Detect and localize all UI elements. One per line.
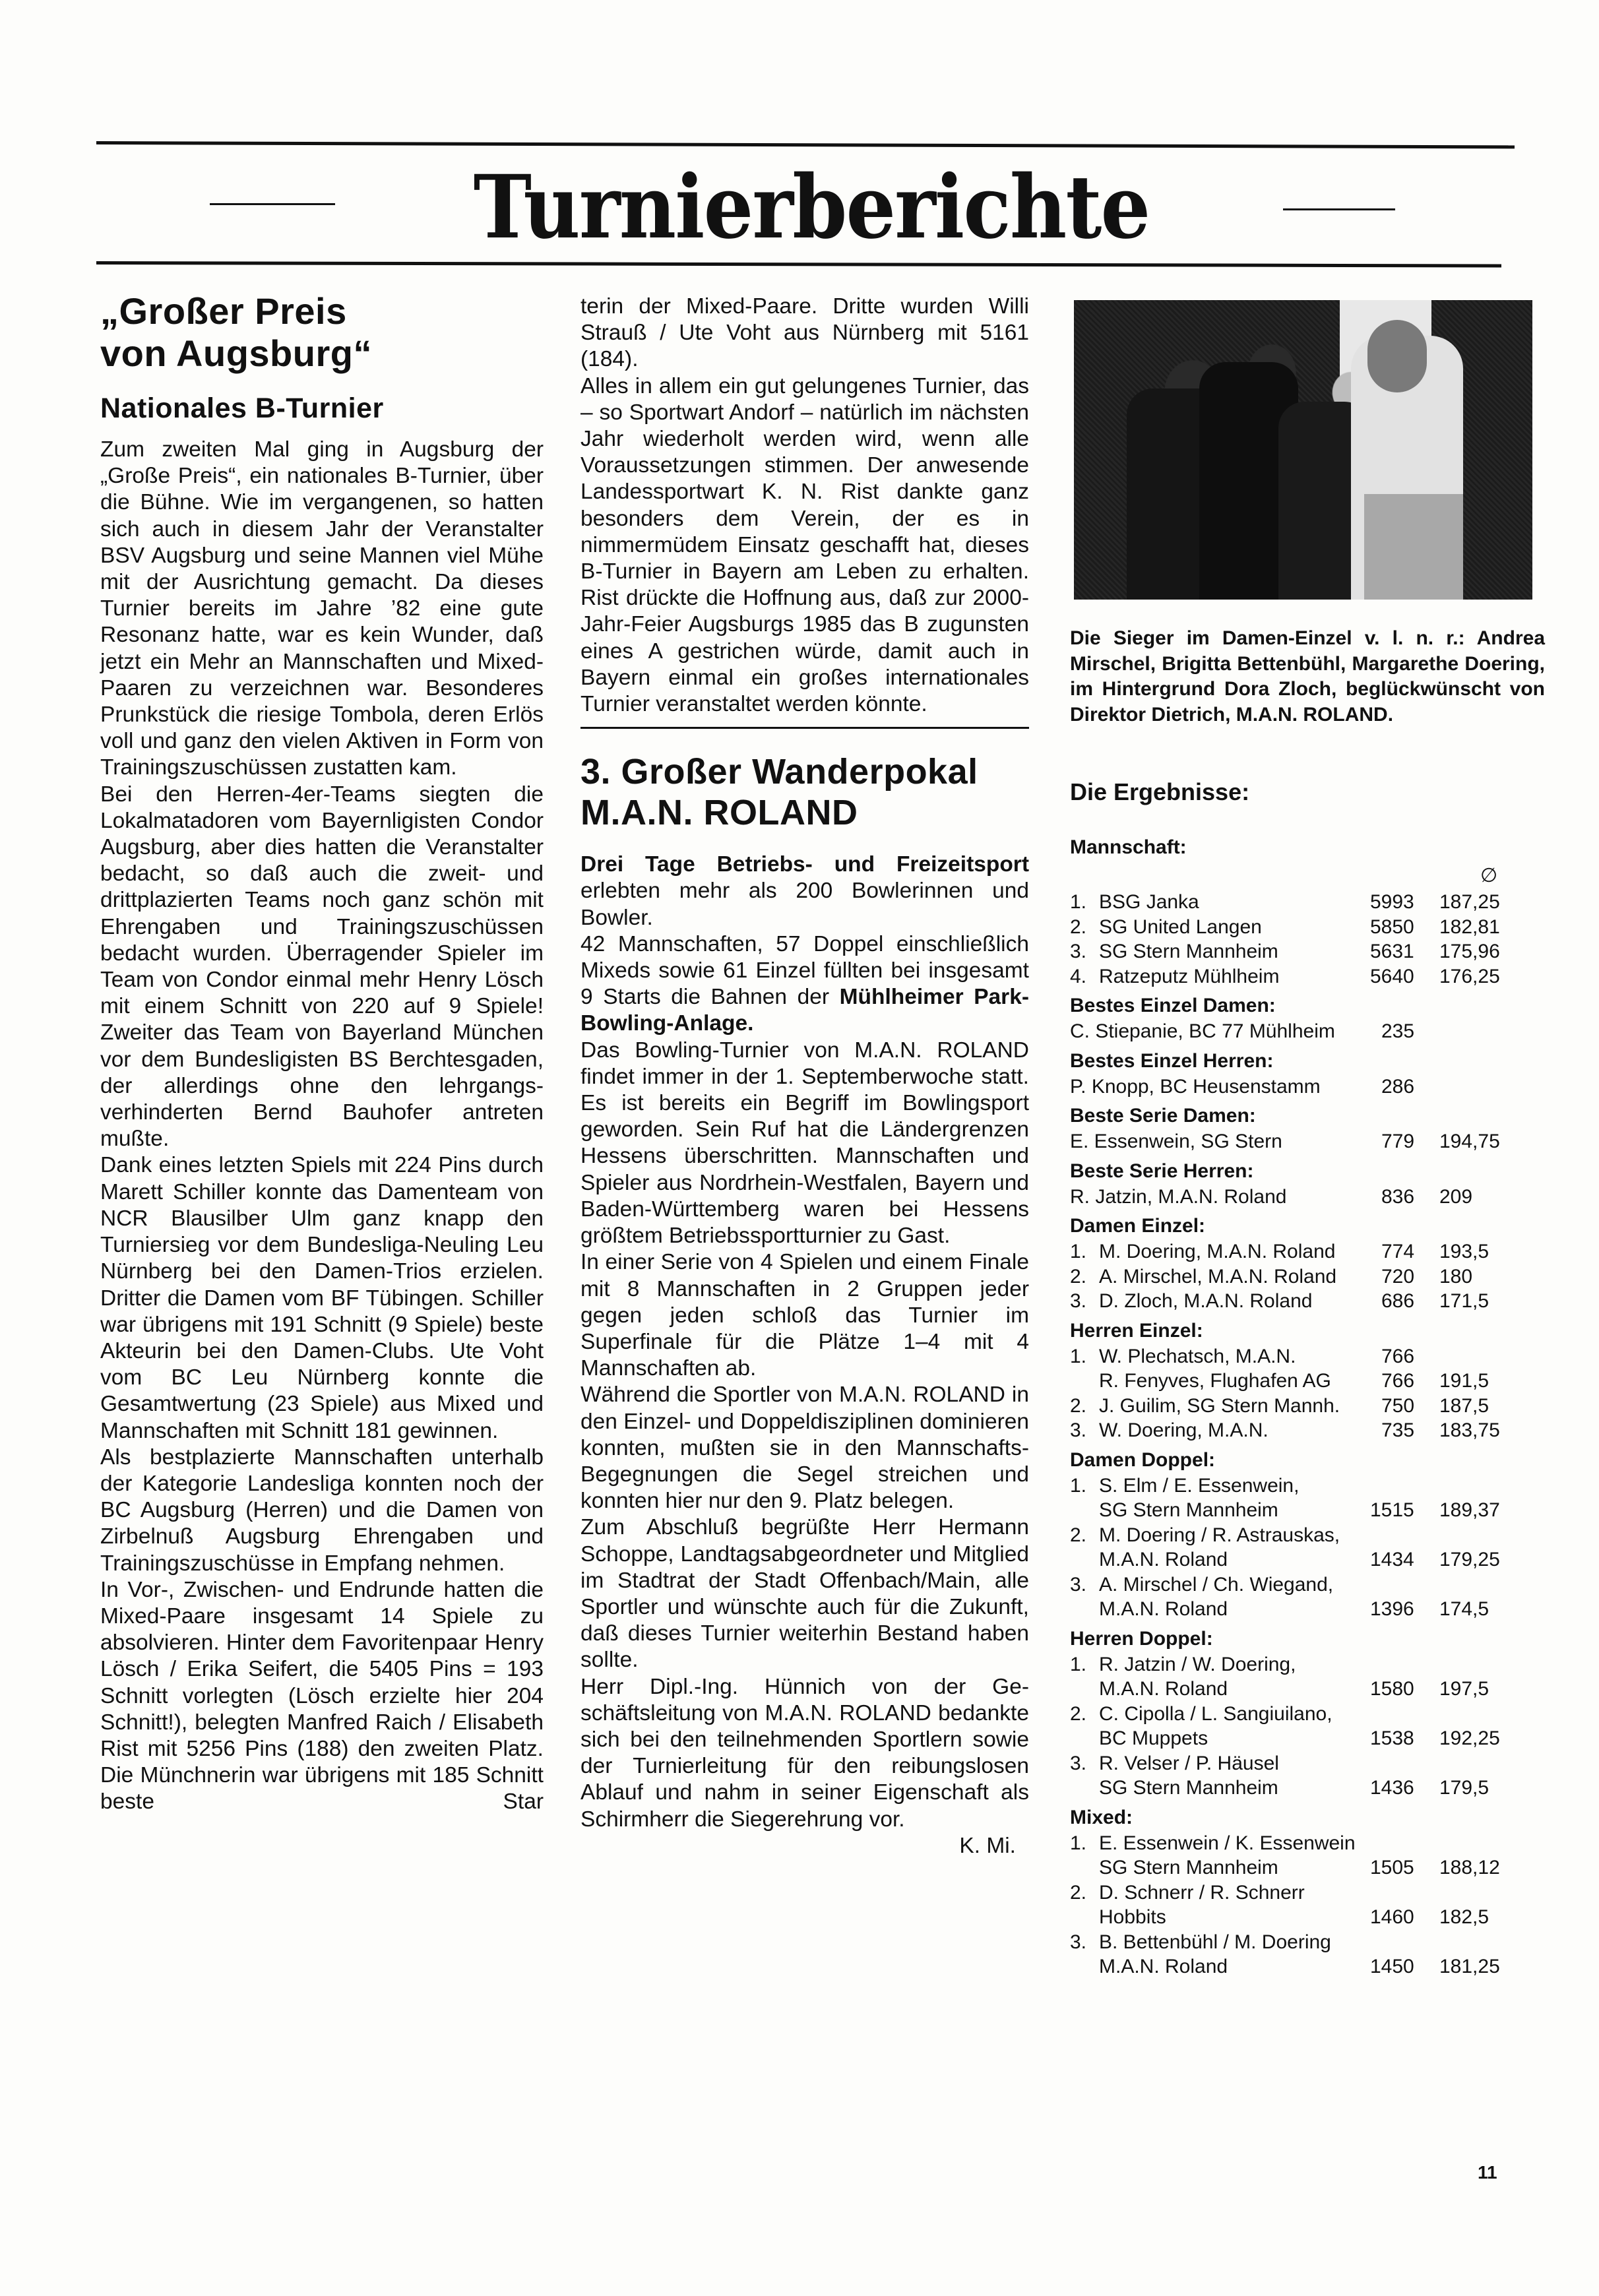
rank: 2. xyxy=(1070,915,1086,940)
pins: 5631 xyxy=(1370,939,1414,964)
pair-names: B. Bettenbühl / M. Doering xyxy=(1099,1930,1331,1955)
player-name: M. Doering, M.A.N. Roland xyxy=(1099,1239,1335,1264)
rank: 3. xyxy=(1070,1418,1086,1443)
paragraph: 42 Mannschaften, 57 Doppel einschließ­li… xyxy=(580,931,1029,1038)
average-symbol: ∅ xyxy=(1480,865,1497,887)
masthead-right-dash xyxy=(1283,208,1395,210)
club-name: SG Stern Mannheim xyxy=(1099,1776,1278,1801)
results-section-label: Herren Doppel: xyxy=(1070,1626,1545,1652)
rank: 2. xyxy=(1070,1523,1086,1548)
average: 188,12 xyxy=(1439,1855,1500,1880)
average-column-header: ∅ xyxy=(1070,865,1545,890)
pins: 750 xyxy=(1381,1394,1414,1419)
result-row: 1.W. Plechatsch, M.A.N.766 xyxy=(1070,1344,1545,1369)
pins: 686 xyxy=(1381,1289,1414,1314)
pins: 1434 xyxy=(1370,1547,1414,1572)
paragraph: In einer Serie von 4 Spielen und einem F… xyxy=(580,1249,1029,1382)
pins: 1460 xyxy=(1370,1905,1414,1930)
rank: 4. xyxy=(1070,964,1086,989)
paragraph: Zum zweiten Mal ging in Augsburg der „Gr… xyxy=(100,437,544,782)
pins: 5640 xyxy=(1370,964,1414,989)
average: 183,75 xyxy=(1439,1418,1500,1443)
pair-names: R. Jatzin / W. Doering, xyxy=(1099,1652,1296,1677)
club-name: M.A.N. Roland xyxy=(1099,1677,1228,1702)
pins: 766 xyxy=(1381,1369,1414,1394)
pins: 1505 xyxy=(1370,1855,1414,1880)
rank: 2. xyxy=(1070,1880,1086,1906)
pins: 1580 xyxy=(1370,1677,1414,1702)
player-name: E. Essenwein, SG Stern xyxy=(1070,1129,1282,1154)
column-2: terin der Mixed-Paare. Dritte wurden Wil… xyxy=(580,294,1029,1859)
photo-figure xyxy=(1364,494,1463,600)
result-row-club: SG Stern Mannheim1436179,5 xyxy=(1070,1776,1545,1801)
results-section-label: Bestes Einzel Herren: xyxy=(1070,1048,1545,1074)
rank: 3. xyxy=(1070,1751,1086,1776)
magazine-page: Turnierberichte „Großer Preis von Augsbu… xyxy=(0,0,1599,2296)
player-name: C. Stiepanie, BC 77 Mühlheim xyxy=(1070,1019,1335,1044)
average: 193,5 xyxy=(1439,1239,1489,1264)
result-row: R. Jatzin, M.A.N. Roland836209 xyxy=(1070,1185,1545,1210)
pair-names: C. Cipolla / L. Sangiuilano, xyxy=(1099,1702,1332,1727)
results-heading: Die Ergebnisse: xyxy=(1070,778,1545,807)
rank: 3. xyxy=(1070,1930,1086,1955)
average: 182,5 xyxy=(1439,1905,1489,1930)
pair-names: R. Velser / P. Häusel xyxy=(1099,1751,1279,1776)
result-row: E. Essenwein, SG Stern779194,75 xyxy=(1070,1129,1545,1154)
result-row: 3.D. Zloch, M.A.N. Roland686171,5 xyxy=(1070,1289,1545,1314)
average: 192,25 xyxy=(1439,1726,1500,1751)
pins: 735 xyxy=(1381,1418,1414,1443)
club-name: M.A.N. Roland xyxy=(1099,1547,1228,1572)
result-row: 4.Ratzeputz Mühlheim5640176,25 xyxy=(1070,964,1545,989)
result-row-club: SG Stern Mannheim1505188,12 xyxy=(1070,1855,1545,1880)
club-name: SG Stern Mannheim xyxy=(1099,1855,1278,1880)
article-1-headline: „Großer Preis von Augsburg“ xyxy=(100,290,544,375)
average: 176,25 xyxy=(1439,964,1500,989)
paragraph: Dank eines letzten Spiels mit 224 Pins d… xyxy=(100,1152,544,1444)
pair-names: M. Doering / R. Astrauskas, xyxy=(1099,1523,1340,1548)
rank: 1. xyxy=(1070,890,1086,915)
result-row: 2.A. Mirschel, M.A.N. Roland720180 xyxy=(1070,1264,1545,1289)
player-name: A. Mirschel, M.A.N. Roland xyxy=(1099,1264,1336,1289)
result-row: 3.SG Stern Mannheim5631175,96 xyxy=(1070,939,1545,964)
article-separator xyxy=(580,727,1029,729)
paragraph: Während die Sportler von M.A.N. RO­LAND … xyxy=(580,1382,1029,1514)
rank: 3. xyxy=(1070,939,1086,964)
result-row: 3.W. Doering, M.A.N.735183,75 xyxy=(1070,1418,1545,1443)
player-name: W. Doering, M.A.N. xyxy=(1099,1418,1269,1443)
player-name: P. Knopp, BC Heusenstamm xyxy=(1070,1074,1321,1100)
player-name: R. Fenyves, Flughafen AG xyxy=(1099,1369,1331,1394)
pins: 836 xyxy=(1381,1185,1414,1210)
result-row: 2.M. Doering / R. Astrauskas, xyxy=(1070,1523,1545,1548)
club-name: Hobbits xyxy=(1099,1905,1166,1930)
paragraph: Als bestplazierte Mannschaften unter­hal… xyxy=(100,1444,544,1577)
average: 194,75 xyxy=(1439,1129,1500,1154)
pins: 1515 xyxy=(1370,1498,1414,1523)
pins: 1396 xyxy=(1370,1597,1414,1622)
pins: 766 xyxy=(1381,1344,1414,1369)
team-name: SG United Langen xyxy=(1099,915,1262,940)
average: 182,81 xyxy=(1439,915,1500,940)
team-name: SG Stern Mannheim xyxy=(1099,939,1278,964)
result-row: P. Knopp, BC Heusenstamm286 xyxy=(1070,1074,1545,1100)
rank: 3. xyxy=(1070,1289,1086,1314)
section-title: Turnierberichte xyxy=(437,158,1185,257)
headline-line-1: „Großer Preis xyxy=(100,290,544,332)
pins: 235 xyxy=(1381,1019,1414,1044)
results-list: Mannschaft: ∅ 1.BSG Janka5993187,25 2.SG… xyxy=(1070,834,1545,1979)
player-name: R. Jatzin, M.A.N. Roland xyxy=(1070,1185,1286,1210)
team-name: Ratzeputz Mühlheim xyxy=(1099,964,1279,989)
average: 180 xyxy=(1439,1264,1472,1289)
results-section-label: Mixed: xyxy=(1070,1805,1545,1831)
player-name: J. Guilim, SG Stern Mannh. xyxy=(1099,1394,1340,1419)
result-row: 2.J. Guilim, SG Stern Mannh.750187,5 xyxy=(1070,1394,1545,1419)
team-name: BSG Janka xyxy=(1099,890,1199,915)
paragraph: In Vor-, Zwischen- und Endrunde hatten d… xyxy=(100,1577,544,1816)
result-row: 3.B. Bettenbühl / M. Doering xyxy=(1070,1930,1545,1955)
article-1-body-col2: terin der Mixed-Paare. Dritte wurden Wil… xyxy=(580,294,1029,718)
rank: 3. xyxy=(1070,1572,1086,1598)
column-3: Die Sieger im Damen-Einzel v. l. n. r.: … xyxy=(1070,300,1545,1979)
club-name: M.A.N. Roland xyxy=(1099,1597,1228,1622)
results-section-label: Bestes Einzel Damen: xyxy=(1070,993,1545,1019)
rank: 2. xyxy=(1070,1702,1086,1727)
pins: 1436 xyxy=(1370,1776,1414,1801)
article-2-headline: 3. Großer Wanderpokal M.A.N. ROLAND xyxy=(580,751,1029,833)
paragraph: terin der Mixed-Paare. Dritte wurden Wil… xyxy=(580,294,1029,373)
photo-figure xyxy=(1367,320,1427,392)
paragraph: Das Bowling-Turnier von M.A.N. RO­LAND f… xyxy=(580,1038,1029,1250)
result-row: 1.S. Elm / E. Essenwein, xyxy=(1070,1474,1545,1499)
rank: 2. xyxy=(1070,1264,1086,1289)
pair-names: A. Mirschel / Ch. Wiegand, xyxy=(1099,1572,1333,1598)
results-section-label: Beste Serie Herren: xyxy=(1070,1158,1545,1185)
result-row: 1.BSG Janka5993187,25 xyxy=(1070,890,1545,915)
result-row: 3.A. Mirschel / Ch. Wiegand, xyxy=(1070,1572,1545,1598)
result-row: 2.SG United Langen5850182,81 xyxy=(1070,915,1545,940)
paragraph: Bei den Herren-4er-Teams siegten die Lok… xyxy=(100,782,544,1153)
pins: 5850 xyxy=(1370,915,1414,940)
player-name: W. Plechatsch, M.A.N. xyxy=(1099,1344,1296,1369)
rank: 1. xyxy=(1070,1474,1086,1499)
headline-line-2: von Augsburg“ xyxy=(100,332,544,375)
result-row: 3.R. Velser / P. Häusel xyxy=(1070,1751,1545,1776)
average: 181,25 xyxy=(1439,1954,1500,1979)
average: 171,5 xyxy=(1439,1289,1489,1314)
result-row-club: M.A.N. Roland1396174,5 xyxy=(1070,1597,1545,1622)
rank: 1. xyxy=(1070,1344,1086,1369)
pins: 779 xyxy=(1381,1129,1414,1154)
masthead-bottom-rule xyxy=(96,261,1501,267)
result-row: R. Fenyves, Flughafen AG766191,5 xyxy=(1070,1369,1545,1394)
result-row: 1.E. Essenwein / K. Essenwein xyxy=(1070,1831,1545,1856)
average: 191,5 xyxy=(1439,1369,1489,1394)
headline-line-1: 3. Großer Wanderpokal xyxy=(580,751,1029,792)
headline-line-2: M.A.N. ROLAND xyxy=(580,792,1029,833)
pair-names: E. Essenwein / K. Essenwein xyxy=(1099,1831,1356,1856)
pins: 1538 xyxy=(1370,1726,1414,1751)
rank: 1. xyxy=(1070,1831,1086,1856)
article-2-body: Drei Tage Betriebs- und Freizeitsport er… xyxy=(580,852,1029,1833)
rank: 1. xyxy=(1070,1239,1086,1264)
average: 179,5 xyxy=(1439,1776,1489,1801)
result-row: 2.C. Cipolla / L. Sangiuilano, xyxy=(1070,1702,1545,1727)
lead-rest: erlebten mehr als 200 Bowlerinnen und Bo… xyxy=(580,879,1029,929)
pins: 720 xyxy=(1381,1264,1414,1289)
average: 197,5 xyxy=(1439,1677,1489,1702)
result-row: 1.R. Jatzin / W. Doering, xyxy=(1070,1652,1545,1677)
column-1: „Großer Preis von Augsburg“ Nationales B… xyxy=(100,290,544,1816)
average: 187,25 xyxy=(1439,890,1500,915)
pins: 5993 xyxy=(1370,890,1414,915)
masthead-top-rule xyxy=(96,141,1515,148)
result-row-club: M.A.N. Roland1580197,5 xyxy=(1070,1677,1545,1702)
results-section-label: Herren Einzel: xyxy=(1070,1318,1545,1344)
paragraph: Alles in allem ein gut gelungenes Tur­ni… xyxy=(580,373,1029,718)
result-row: 2.D. Schnerr / R. Schnerr xyxy=(1070,1880,1545,1906)
result-row-club: M.A.N. Roland1450181,25 xyxy=(1070,1954,1545,1979)
rank: 2. xyxy=(1070,1394,1086,1419)
paragraph: Zum Abschluß begrüßte Herr Hermann Schop… xyxy=(580,1514,1029,1673)
average: 189,37 xyxy=(1439,1498,1500,1523)
club-name: BC Muppets xyxy=(1099,1726,1208,1751)
result-row-club: Hobbits1460182,5 xyxy=(1070,1905,1545,1930)
average: 179,25 xyxy=(1439,1547,1500,1572)
club-name: SG Stern Mannheim xyxy=(1099,1498,1278,1523)
result-row-club: BC Muppets1538192,25 xyxy=(1070,1726,1545,1751)
average: 175,96 xyxy=(1439,939,1500,964)
pins: 1450 xyxy=(1370,1954,1414,1979)
pins: 774 xyxy=(1381,1239,1414,1264)
paragraph: Herr Dipl.-Ing. Hünnich von der Ge­schäf… xyxy=(580,1674,1029,1833)
results-section-label: Damen Einzel: xyxy=(1070,1213,1545,1239)
results-section-label: Mannschaft: xyxy=(1070,834,1545,861)
result-row-club: M.A.N. Roland1434179,25 xyxy=(1070,1547,1545,1572)
rank: 1. xyxy=(1070,1652,1086,1677)
article-1-body-col1: Zum zweiten Mal ging in Augsburg der „Gr… xyxy=(100,437,544,1816)
lead-paragraph: Drei Tage Betriebs- und Freizeitsport er… xyxy=(580,852,1029,931)
page-number: 11 xyxy=(1478,2162,1497,2183)
club-name: M.A.N. Roland xyxy=(1099,1954,1228,1979)
masthead-left-dash xyxy=(210,203,335,205)
award-ceremony-photo xyxy=(1074,300,1532,600)
average: 209 xyxy=(1439,1185,1472,1210)
article-1-subheadline: Nationales B-Turnier xyxy=(100,389,544,427)
results-section-label: Beste Serie Damen: xyxy=(1070,1103,1545,1129)
result-row-club: SG Stern Mannheim1515189,37 xyxy=(1070,1498,1545,1523)
result-row: 1.M. Doering, M.A.N. Roland774193,5 xyxy=(1070,1239,1545,1264)
pair-names: D. Schnerr / R. Schnerr xyxy=(1099,1880,1305,1906)
average: 174,5 xyxy=(1439,1597,1489,1622)
lead-bold: Drei Tage Betriebs- und Freizeitsport xyxy=(580,852,1029,877)
average: 187,5 xyxy=(1439,1394,1489,1419)
results-section-label: Damen Doppel: xyxy=(1070,1447,1545,1474)
pair-names: S. Elm / E. Essenwein, xyxy=(1099,1474,1299,1499)
author-signature: K. Mi. xyxy=(580,1833,1029,1859)
pins: 286 xyxy=(1381,1074,1414,1100)
photo-caption: Die Sieger im Damen-Einzel v. l. n. r.: … xyxy=(1070,626,1545,728)
result-row: C. Stiepanie, BC 77 Mühlheim235 xyxy=(1070,1019,1545,1044)
player-name: D. Zloch, M.A.N. Roland xyxy=(1099,1289,1312,1314)
